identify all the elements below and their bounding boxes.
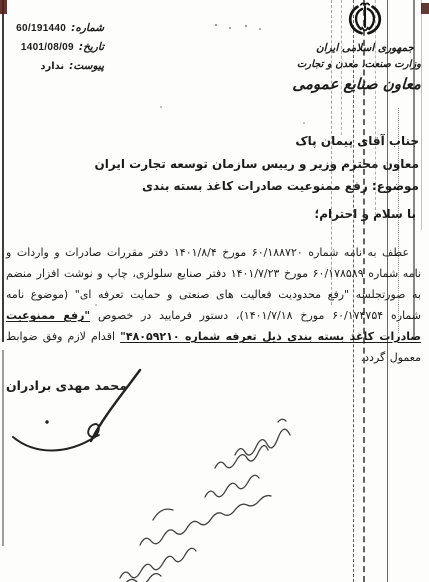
letter-meta-block: شماره: 60/191440 تاریخ: 1401/08/09 پیوست… xyxy=(0,22,104,79)
letterhead-ministry: وزارت صنعت، معدن و تجارت xyxy=(309,56,421,73)
letter-date-label: تاریخ: xyxy=(79,41,104,53)
iran-national-emblem-icon xyxy=(344,2,386,38)
scan-noise xyxy=(215,24,217,26)
corner-stamp-mark xyxy=(421,3,429,14)
subject-line: موضوع: رفع ممنوعیت صادرات کاغذ بسته بندی xyxy=(95,175,419,198)
scan-fold-line xyxy=(421,0,422,230)
note-stroke xyxy=(278,419,286,422)
letter-attachment-label: پیوست: xyxy=(69,60,104,72)
letter-number-row: شماره: 60/191440 xyxy=(0,22,104,41)
letter-attachment-value: ندارد xyxy=(40,61,64,72)
recipient-block: جناب آقای پیمان پاک معاون محترم وزیر و ر… xyxy=(95,130,419,198)
scan-left-edge-line-lower xyxy=(2,350,4,546)
signer-name: محمد مهدی برادران xyxy=(6,378,127,393)
letter-attachment-row: پیوست: ندارد xyxy=(0,60,104,79)
letterhead: جمهوری اسلامی ایران وزارت صنعت، معدن و ت… xyxy=(309,2,421,96)
subject-label: موضوع: xyxy=(372,179,419,193)
recipient-name: جناب آقای پیمان پاک xyxy=(95,130,419,153)
recipient-title: معاون محترم وزیر و رییس سازمان توسعه تجا… xyxy=(95,153,419,176)
handwritten-notes xyxy=(95,412,310,582)
letter-date-value: 1401/08/09 xyxy=(21,42,74,53)
scanned-letter-page: شماره: 60/191440 تاریخ: 1401/08/09 پیوست… xyxy=(0,0,429,582)
corner-stamp-mark xyxy=(0,0,7,14)
subject-text: رفع ممنوعیت صادرات کاغذ بسته بندی xyxy=(142,179,368,193)
letter-number-label: شماره: xyxy=(71,22,104,34)
letterhead-country: جمهوری اسلامی ایران xyxy=(309,40,421,56)
salutation: با سلام و احترام؛ xyxy=(314,207,416,221)
body-paragraph: عطف به نامه شماره ۶۰/۱۸۸۷۲۰ مورخ ۱۴۰۱/۸/… xyxy=(6,242,421,368)
letter-number-value: 60/191440 xyxy=(16,23,66,34)
letterhead-department: معاون صنایع عمومی xyxy=(308,73,422,96)
letter-date-row: تاریخ: 1401/08/09 xyxy=(0,41,104,60)
